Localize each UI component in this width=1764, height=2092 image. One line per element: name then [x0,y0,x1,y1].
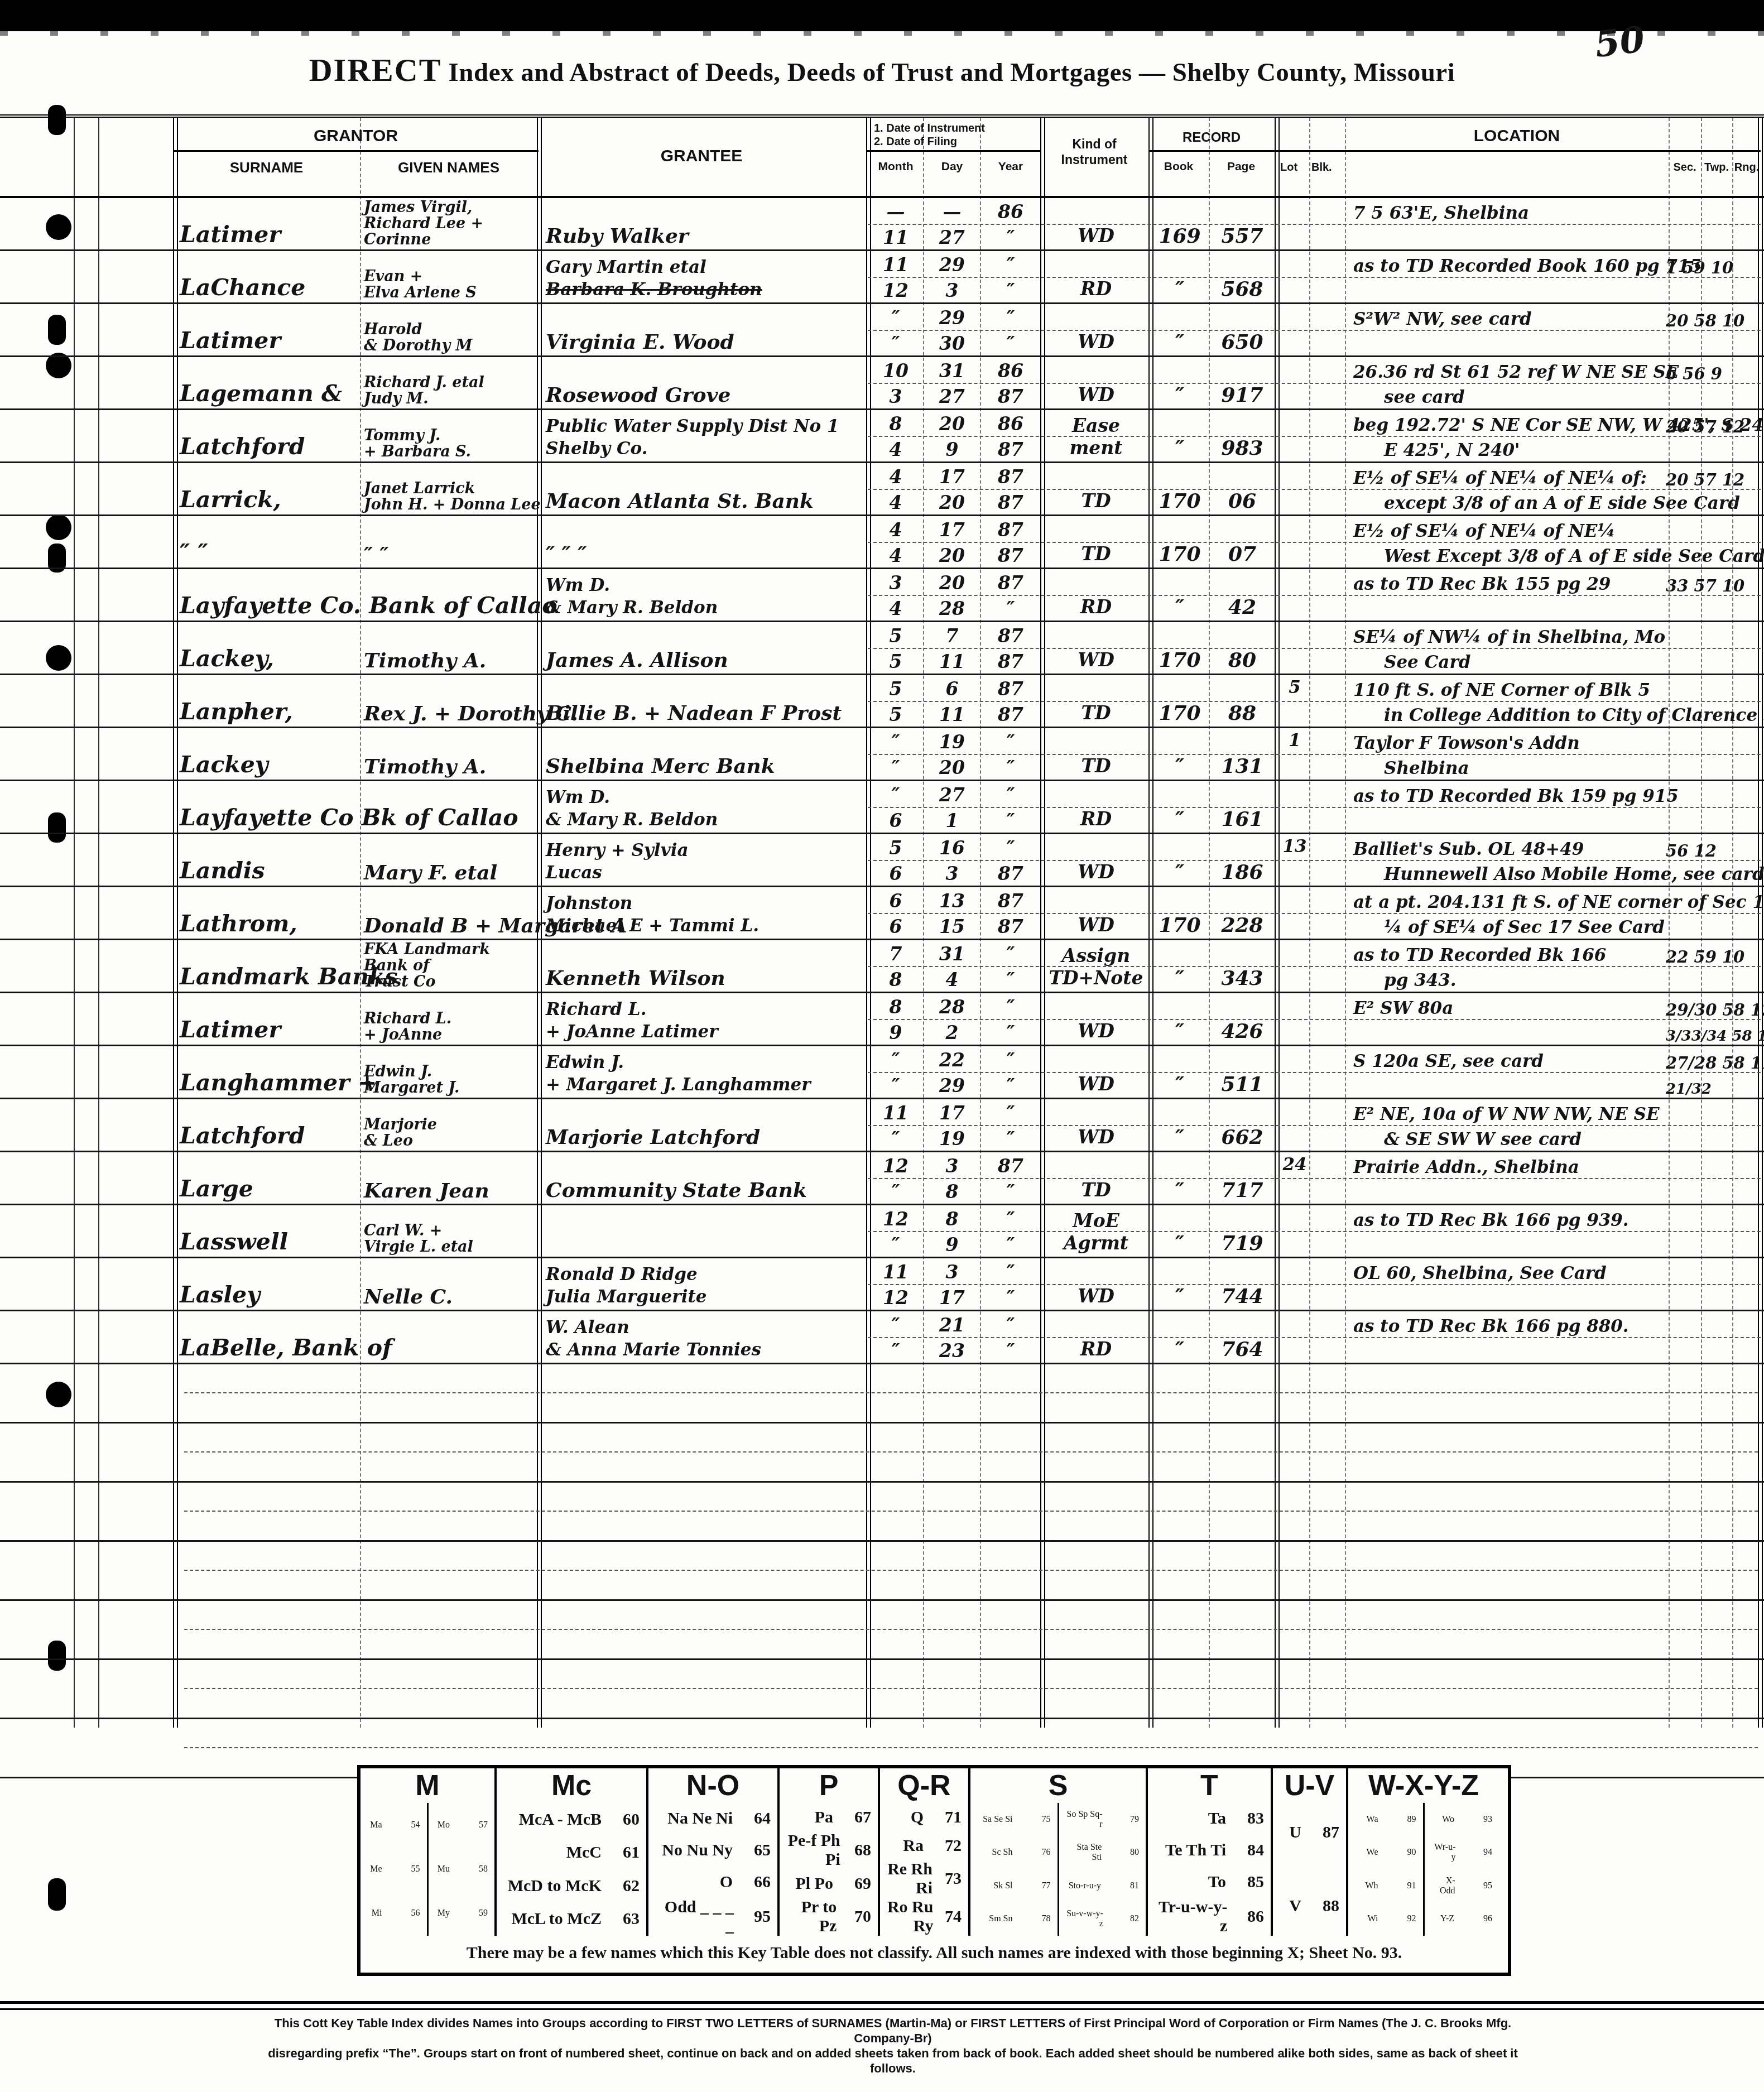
sec-twp-rng-line-1: 20 57 12 [1666,470,1760,489]
grantee-line: Barbara K. Broughton [546,278,762,301]
header-surname: SURNAME [173,159,360,176]
location-line-1: as to TD Recorded Book 160 pg 715 [1353,256,1701,276]
given-names-cell: James Virgil,Richard Lee +Corinne [364,199,483,248]
given-name-line: Janet Larrick [364,480,475,497]
grantee-line: Edwin J. [546,1051,624,1074]
grantee-line: & Mary R. Beldon [546,809,718,831]
location-line-1: Balliet's Sub. OL 48+49 [1353,839,1584,859]
given-name-line: James Virgil, [364,199,472,215]
grantee-cell: Macon Atlanta St. Bank [546,489,814,513]
date-filing-month: ″ [868,333,923,354]
date-instrument-year: ″ [981,1102,1040,1124]
date-filing-month: 9 [868,1022,923,1043]
key-table-column-header: M [361,1768,494,1803]
surname-cell: Lackey [180,751,268,778]
kind-of-instrument-cell: WD [1044,384,1148,406]
grantee-cell: Wm D.& Mary R. Beldon [546,574,718,619]
date-filing-month: 5 [868,704,923,725]
empty-ledger-row [0,1601,1764,1660]
record-page-cell: 917 [1210,383,1275,407]
date-instrument-year: 87 [981,519,1040,541]
date-instrument-day: — [924,201,980,223]
location-line-2: pg 343. [1384,970,1457,990]
date-instrument-year: ″ [981,837,1040,859]
key-table-row: Sto-r-u-y81 [1059,1869,1146,1903]
scan-top-edge [0,0,1764,31]
ledger-entry-row: LandisMary F. etalHenry + SylviaLucas516… [0,834,1764,887]
kind-line: RD [1080,808,1112,830]
record-book-cell: ″ [1152,860,1208,884]
date-instrument-day: 20 [924,413,980,435]
given-names-cell: Carl W. +Virgie L. etal [364,1223,473,1255]
key-table-column: PPa67Pe-f Ph Pi68Pl Po69Pr to Pz70 [777,1768,878,1936]
key-table-label: Ra [903,1836,924,1855]
key-table-label: McC [566,1843,602,1862]
date-filing-year: ″ [981,1022,1040,1043]
key-table-label: Odd _ _ _ _ [655,1898,734,1936]
given-name-line: FKA Landmark [364,941,490,958]
location-line-1: as to TD Rec Bk 166 pg 939. [1353,1210,1629,1230]
empty-ledger-row [0,1364,1764,1423]
location-line-2: ¼ of SE¼ of Sec 17 See Card [1384,917,1665,937]
key-table-number: 92 [1387,1914,1416,1924]
header-rule [1148,150,1275,152]
date-filing-year: 87 [981,863,1040,884]
key-table-number: 91 [1387,1881,1416,1891]
date-instrument-day: 7 [924,625,980,647]
ledger-entry-row: Layfayette Co Bk of CallaoWm D.& Mary R.… [0,781,1764,834]
date-filing-day: 28 [924,598,980,619]
kind-line: WD [1078,914,1114,936]
date-instrument-day: 28 [924,996,980,1018]
kind-of-instrument-cell: WD [1044,331,1148,353]
entry-mid-rule [868,1231,1761,1232]
key-table-label: V [1289,1897,1301,1916]
date-instrument-month: ″ [868,731,923,753]
grantee-line: Gary Martin etal [546,256,706,278]
key-table-label: Pe-f Ph Pi [786,1831,840,1869]
date-instrument-year: 87 [981,890,1040,912]
given-name-line: Richard L. [364,1011,451,1027]
fine-print: This Cott Key Table Index divides Names … [268,2016,1518,2076]
given-name-line: Virgie L. etal [364,1239,473,1255]
grantee-line: Ronald D Ridge [546,1263,698,1286]
key-table-column-header: S [970,1768,1146,1803]
grantee-cell: Kenneth Wilson [546,966,725,990]
date-instrument-day: 3 [924,1261,980,1283]
record-page-cell: 764 [1210,1338,1275,1361]
date-instrument-day: 17 [924,519,980,541]
sec-twp-rng-line-2: 3/33/34 58 12 [1666,1028,1760,1045]
date-filing-year: 87 [981,545,1040,566]
key-table-number: 65 [742,1841,771,1860]
date-instrument-year: ″ [981,1314,1040,1336]
key-table-split-body: Sa Se Si75Sc Sh76Sk Sl77Sm Sn78So Sp Sq-… [970,1803,1146,1936]
date-instrument-year: ″ [981,307,1040,329]
date-instrument-month: 5 [868,625,923,647]
entry-mid-rule [868,754,1761,755]
given-names-cell: Marjorie& Leo [364,1117,437,1149]
grantee-cell: Billie B. + Nadean F Prost [546,701,842,725]
page-title: DIRECT Index and Abstract of Deeds, Deed… [0,51,1764,89]
ledger-entry-row: LasswellCarl W. +Virgie L. etal128″″9″Mo… [0,1205,1764,1258]
date-instrument-month: 11 [868,254,923,276]
date-instrument-day: 29 [924,254,980,276]
key-table-subcolumn: Wo93Wr-u-y94X-Odd95Y-Z96 [1423,1803,1499,1936]
surname-cell: Lasswell [180,1228,288,1255]
kind-line: Ease [1072,415,1120,437]
key-table-number: 61 [611,1843,640,1862]
fine-print-line-1: This Cott Key Table Index divides Names … [268,2016,1518,2046]
key-table-row: Tr-u-w-y-z86 [1148,1898,1271,1936]
date-filing-year: 87 [981,704,1040,725]
given-name-line: Elva Arlene S [364,285,477,301]
location-line-2: See Card [1384,652,1470,672]
kind-line: WD [1078,861,1114,883]
key-table-label: Te Th Ti [1165,1841,1226,1860]
date-instrument-year: 86 [981,413,1040,435]
kind-line: WD [1078,331,1114,353]
location-line-1: as to TD Recorded Bk 159 pg 915 [1353,786,1679,806]
kind-line: WD [1078,1126,1114,1148]
kind-line: WD [1078,1073,1114,1095]
record-book-cell: 169 [1152,224,1208,248]
entry-mid-rule [868,595,1761,596]
record-book-cell: ″ [1152,330,1208,354]
kind-of-instrument-cell: WD [1044,914,1148,936]
given-name-line: Timothy A. [364,756,486,778]
key-table-label: Ta [1208,1809,1226,1828]
key-table-column: MMa54Me55Mi56Mo57Mu58My59 [361,1768,494,1936]
date-filing-day: 27 [924,386,980,407]
key-table-number: 93 [1463,1815,1492,1825]
sec-twp-rng-line-1: 27/28 58 11 [1666,1054,1760,1073]
lot-cell: 24 [1279,1155,1310,1175]
key-table-split-body: Ma54Me55Mi56Mo57Mu58My59 [361,1803,494,1936]
given-name-line: ″ ″ [364,544,389,566]
sec-twp-rng-line-1: 20 57 12 [1666,417,1760,436]
surname-cell: Latchford [180,1122,305,1149]
location-line-2: except 3/8 of an A of E side See Card [1384,493,1740,513]
grantee-cell: Shelbina Merc Bank [546,754,775,778]
key-table-label: Wo [1442,1815,1454,1825]
key-table-row: So Sp Sq-r79 [1059,1803,1146,1836]
date-filing-month: ″ [868,757,923,778]
date-instrument-year: ″ [981,784,1040,806]
key-table-number: 60 [611,1810,640,1829]
surname-cell: Latimer [180,221,281,248]
record-book-cell: 170 [1152,701,1208,725]
date-instrument-month: 10 [868,360,923,382]
header-month: Month [868,160,923,174]
grantee-line: ″ ″ ″ [546,542,587,566]
date-instrument-day: 31 [924,360,980,382]
key-table-column-body: Pa67Pe-f Ph Pi68Pl Po69Pr to Pz70 [780,1803,878,1936]
location-line-2: see card [1384,387,1465,407]
record-page-cell: 06 [1210,489,1275,513]
grantee-cell: Gary Martin etalBarbara K. Broughton [546,256,762,301]
record-book-cell: ″ [1152,277,1208,301]
given-name-line: Marjorie [364,1117,437,1133]
given-name-line: Richard Lee + [364,215,483,232]
record-book-cell: ″ [1152,1338,1208,1361]
key-table-number: 55 [391,1864,420,1874]
kind-line: MoE [1073,1210,1119,1232]
record-page-cell: 568 [1210,277,1275,301]
key-table-number: 57 [459,1820,488,1830]
kind-of-instrument-cell: AssignTD+Note [1044,945,1148,989]
key-table-note: There may be a few names which this Key … [361,1936,1508,1973]
date-instrument-month: 12 [868,1155,923,1177]
page-title-direct: DIRECT [309,52,442,88]
record-book-cell: 170 [1152,542,1208,566]
key-table-column-header: Mc [497,1768,646,1803]
key-table-row: Wi92 [1348,1903,1423,1936]
ledger-entry-row: Lathrom,Donald B + Margaret AJohnstonMic… [0,887,1764,940]
key-table-subcolumn: So Sp Sq-r79Sta Ste Sti80Sto-r-u-y81Su-v… [1058,1803,1146,1936]
date-filing-month: 4 [868,492,923,513]
date-instrument-month: 5 [868,837,923,859]
grantee-line: Rosewood Grove [546,383,730,407]
kind-of-instrument-cell: WD [1044,225,1148,247]
key-table-row: Te Th Ti84 [1148,1835,1271,1867]
kind-of-instrument-cell: WD [1044,649,1148,671]
date-filing-year: ″ [981,1234,1040,1256]
date-instrument-month: 3 [868,572,923,594]
date-filing-day: 20 [924,545,980,566]
record-page-cell: 719 [1210,1232,1275,1255]
sec-twp-rng-line-1: 33 57 10 [1666,576,1760,595]
surname-cell: LaChance [180,274,305,301]
given-name-line: Richard J. etal [364,374,484,391]
kind-of-instrument-cell: TD [1044,543,1148,565]
key-table-column-body: U87V88 [1273,1803,1346,1936]
kind-line: TD [1081,1179,1111,1201]
lot-cell: 5 [1279,677,1310,698]
key-table-column: TTa83Te Th Ti84To85Tr-u-w-y-z86 [1146,1768,1271,1936]
entry-mid-rule [868,860,1761,861]
lot-cell: 13 [1279,836,1310,857]
header-grantee: GRANTEE [537,147,866,166]
location-line-2: Hunnewell Also Mobile Home, see card [1384,864,1764,884]
date-instrument-year: ″ [981,943,1040,965]
entry-mid-rule [868,648,1761,649]
key-table-row: Mo57 [429,1803,495,1847]
entry-mid-rule [868,383,1761,384]
kind-of-instrument-cell: WD [1044,1126,1148,1148]
key-table-label: Sa Se Si [983,1815,1012,1825]
location-line-1: as to TD Rec Bk 155 pg 29 [1353,574,1611,594]
entry-mid-rule [868,1284,1761,1285]
kind-line: TD+Note [1049,967,1143,989]
key-table-label: Q [911,1808,924,1827]
key-table-label: Re Rh Ri [887,1860,933,1898]
key-table-number: 71 [933,1808,962,1827]
page-title-rest: Index and Abstract of Deeds, Deeds of Tr… [441,58,1455,87]
key-table-split-body: Wa89We90Wh91Wi92Wo93Wr-u-y94X-Odd95Y-Z96 [1348,1803,1499,1936]
key-table-label: Sk Sl [993,1881,1012,1891]
given-names-cell: Nelle C. [364,1286,453,1308]
grantee-line: Marjorie Latchford [546,1126,760,1149]
ledger-entry-row: LatchfordTommy J.+ Barbara S.Public Wate… [0,410,1764,463]
entry-mid-rule [868,966,1761,967]
grantee-cell: Richard L.+ JoAnne Latimer [546,998,718,1043]
key-table-number: 72 [933,1836,962,1855]
key-table-row: Su-v-w-y-z82 [1059,1903,1146,1936]
header-year: Year [981,160,1040,174]
grantee-line: Billie B. + Nadean F Prost [546,701,842,725]
date-instrument-month: 8 [868,413,923,435]
grantee-cell: Ronald D RidgeJulia Marguerite [546,1263,706,1308]
key-table-column: W-X-Y-ZWa89We90Wh91Wi92Wo93Wr-u-y94X-Odd… [1346,1768,1499,1936]
date-instrument-day: 17 [924,466,980,488]
grantee-line: Macon Atlanta St. Bank [546,489,814,513]
key-table-number: 75 [1022,1815,1051,1825]
grantee-cell: Edwin J.+ Margaret J. Langhammer [546,1051,811,1096]
record-book-cell: ″ [1152,966,1208,990]
key-table-row: Ta83 [1148,1803,1271,1835]
surname-cell: Layfayette Co. Bank of Callao [180,592,557,619]
key-table-label: Wa [1367,1815,1378,1825]
date-filing-year: ″ [981,1075,1040,1097]
kind-of-instrument-cell: WD [1044,861,1148,883]
key-table-column-body: McA - McB60McC61McD to McK62McL to McZ63 [497,1803,646,1936]
header-twp: Twp. [1701,161,1732,174]
date-instrument-year: 86 [981,360,1040,382]
record-page-cell: 343 [1210,966,1275,990]
key-table-number: 96 [1463,1914,1492,1924]
given-names-cell: FKA LandmarkBank ofTrust Co [364,941,490,990]
grantee-line: & Mary R. Beldon [546,597,718,619]
given-names-cell: Richard J. etalJudy M. [364,374,484,407]
key-table-number: 79 [1112,1815,1139,1825]
given-name-line: Karen Jean [364,1180,489,1202]
key-table-number: 62 [611,1877,640,1896]
key-table-number: 67 [842,1808,871,1827]
key-table-number: 54 [391,1820,420,1830]
table-header: GRANTOR SURNAME GIVEN NAMES GRANTEE 1. D… [0,118,1764,198]
surname-cell: Lagemann & [180,380,342,407]
date-filing-year: ″ [981,810,1040,831]
kind-line: RD [1080,278,1112,300]
key-table-label: Wh [1365,1881,1378,1891]
grantee-line: Kenneth Wilson [546,966,725,990]
key-table-label: U [1289,1823,1301,1842]
key-table-row: McC61 [497,1836,646,1870]
record-page-cell: 662 [1210,1126,1275,1149]
empty-ledger-row [0,1483,1764,1542]
key-table-label: Sto-r-u-y [1069,1881,1101,1891]
given-name-line: Corinne [364,232,431,248]
grantee-cell: Wm D.& Mary R. Beldon [546,786,718,831]
key-table-label: Me [370,1864,382,1874]
key-table-row: Ro Ru Ry74 [880,1898,968,1936]
fine-print-line-2: disregarding prefix “The”. Groups start … [268,2046,1518,2076]
date-filing-year: 87 [981,386,1040,407]
given-name-line: John H. + Donna Lee [364,497,541,513]
date-instrument-day: 29 [924,307,980,329]
date-instrument-day: 13 [924,890,980,912]
key-table-number: 66 [742,1873,771,1892]
date-filing-year: ″ [981,280,1040,301]
date-instrument-month: 11 [868,1102,923,1124]
key-table-subcolumn: Ma54Me55Mi56 [361,1803,427,1936]
entry-mid-rule [868,913,1761,914]
location-line-1: S²W² NW, see card [1353,309,1532,329]
sec-twp-rng-line-2: 21/32 [1666,1081,1760,1098]
given-name-line: Harold [364,321,422,338]
grantee-line: James A. Allison [546,648,728,672]
given-names-cell: Janet LarrickJohn H. + Donna Lee [364,480,541,513]
record-page-cell: 426 [1210,1019,1275,1043]
surname-cell: Lackey, [180,645,274,672]
key-table-number: 56 [391,1908,420,1918]
date-instrument-month: 6 [868,890,923,912]
given-name-line: & Leo [364,1133,413,1149]
date-filing-month: 12 [868,1287,923,1309]
ledger-entry-row: Layfayette Co. Bank of CallaoWm D.& Mary… [0,569,1764,622]
ledger-entry-row: LaBelle, Bank ofW. Alean& Anna Marie Ton… [0,1311,1764,1364]
date-filing-year: 87 [981,492,1040,513]
given-name-line: + Barbara S. [364,444,471,460]
given-names-cell: Karen Jean [364,1180,489,1202]
key-table-label: O [720,1873,733,1892]
surname-cell: Lanpher, [180,698,293,725]
record-book-cell: 170 [1152,648,1208,672]
date-filing-day: 8 [924,1181,980,1203]
date-filing-month: ″ [868,1128,923,1150]
kind-line: WD [1078,1020,1114,1042]
key-table-subcolumn: Mo57Mu58My59 [427,1803,495,1936]
location-line-1: as to TD Recorded Bk 166 [1353,945,1606,965]
key-table-number: 58 [459,1864,488,1874]
header-rule [1275,150,1761,152]
date-instrument-year: 87 [981,625,1040,647]
grantee-cell: Ruby Walker [546,224,689,248]
key-table-label: My [438,1908,450,1918]
entry-mid-rule [868,1178,1761,1179]
record-page-cell: 717 [1210,1179,1275,1202]
key-table-row: McD to McK62 [497,1869,646,1903]
date-filing-month: ″ [868,1234,923,1256]
kind-line: RD [1080,1338,1112,1360]
grantee-line: Shelbina Merc Bank [546,754,775,778]
header-sec: Sec. [1669,161,1701,174]
key-table-row: My59 [429,1892,495,1936]
surname-cell: Lathrom, [180,910,297,937]
given-names-cell: Timothy A. [364,756,486,778]
header-date-filing: 2. Date of Filing [874,136,1041,148]
key-table-row: No Nu Ny65 [648,1835,777,1867]
ledger-entry-row: ″ ″″ ″″ ″ ″4178742087TD17007E½ of SE¼ of… [0,516,1764,569]
key-table-label: McA - McB [519,1810,602,1829]
record-book-cell: ″ [1152,383,1208,407]
entry-mid-rule [868,489,1761,490]
key-table-row: Sa Se Si75 [970,1803,1058,1836]
bottom-rule [0,2001,1764,2010]
date-filing-month: 5 [868,651,923,672]
key-table-row: To85 [1148,1866,1271,1898]
given-name-line: Edwin J. [364,1064,432,1080]
sec-twp-rng-line-1: 56 12 [1666,841,1760,860]
date-instrument-month: 4 [868,466,923,488]
date-instrument-month: ″ [868,1314,923,1336]
kind-line: TD [1081,702,1111,724]
kind-line: TD [1081,543,1111,565]
given-name-line: Judy M. [364,391,429,407]
key-table-number: 63 [611,1910,640,1929]
ledger-entry-row: LaChanceEvan +Elva Arlene SGary Martin e… [0,251,1764,304]
